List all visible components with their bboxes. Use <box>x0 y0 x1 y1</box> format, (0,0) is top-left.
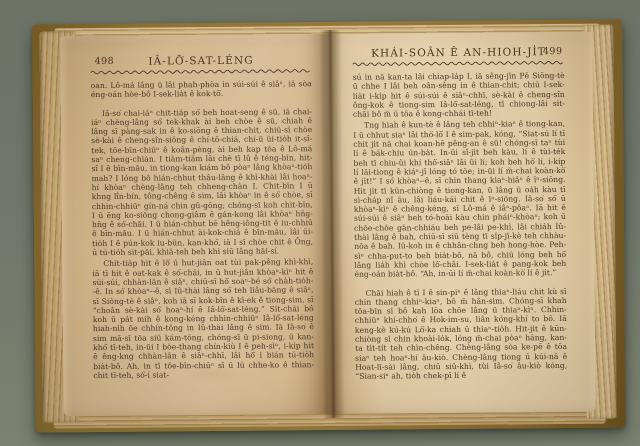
wavy-rule <box>91 68 312 75</box>
photo-background: { "book": { "left_page": { "page_number"… <box>0 0 640 446</box>
right-page-header: KHÁI-SOÂN Ê AN-HIOH-JI̍T 499 <box>352 46 564 61</box>
book-gutter-shadow <box>319 30 344 418</box>
left-page-content: 498 IÂ-LŌ͘-SAT-LÉNG oan. Lô-má lâng ū lâ… <box>91 54 315 380</box>
left-running-title: IÂ-LŌ͘-SAT-LÉNG <box>148 55 254 68</box>
right-page-content: KHÁI-SOÂN Ê AN-HIOH-JI̍T 499 sú in nā ka… <box>352 46 567 381</box>
paragraph: Chāi hiah ê tī I ê sin-piⁿ ê lâng thiaⁿ-… <box>355 286 568 381</box>
left-page-text: oan. Lô-má lâng ū lâi phah-phòa in súi-s… <box>91 79 315 380</box>
right-page-number: 499 <box>543 46 563 57</box>
paragraph: Chit-tia̍p hit ê lō͘ ū hut-jiân oat tùi … <box>92 257 314 380</box>
open-book: 498 IÂ-LŌ͘-SAT-LÉNG oan. Lô-má lâng ū lâ… <box>32 19 626 432</box>
paragraph: Tng hiah ê kun-tè ê lâng teh chhiⁿ-kiaⁿ … <box>353 119 566 279</box>
left-page-number: 498 <box>95 56 115 67</box>
paragraph: Iâ-so͘ chai-iáⁿ chit-tia̍p só͘ beh hoat-… <box>91 107 313 258</box>
left-page-header: 498 IÂ-LŌ͘-SAT-LÉNG <box>91 54 312 69</box>
paragraph: oan. Lô-má lâng ū lâi phah-phòa in súi-s… <box>91 79 312 100</box>
wavy-rule <box>353 60 565 67</box>
paragraph: sú in nā kan-ta lâi chiap-la̍p I, iā sên… <box>353 71 565 119</box>
right-running-title: KHÁI-SOÂN Ê AN-HIOH-JI̍T <box>371 46 546 60</box>
right-page-text: sú in nā kan-ta lâi chiap-la̍p I, iā sên… <box>353 71 568 381</box>
